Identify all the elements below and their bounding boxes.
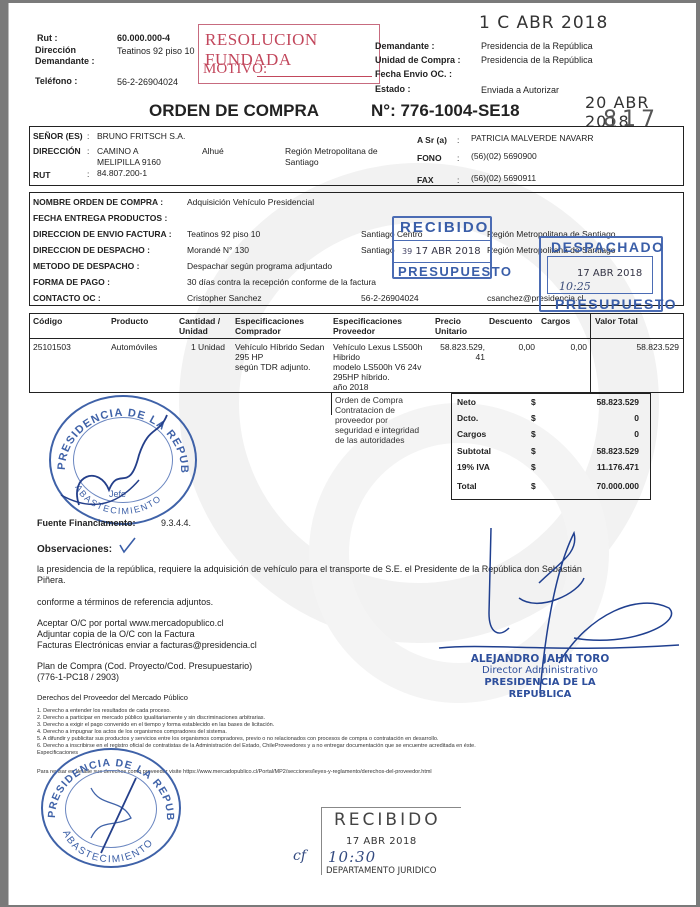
fono-label: FONO (417, 153, 442, 163)
presupuesto-text: PRESUPUESTO (398, 264, 513, 279)
order-field-label: NOMBRE ORDEN DE COMPRA : (33, 197, 163, 207)
rut-supplier-label: RUT (33, 170, 50, 180)
totals-value: 11.176.471 (565, 462, 639, 472)
juridico-date: 17 ABR 2018 (346, 836, 417, 847)
telefono-value: 56-2-26904024 (117, 77, 178, 87)
demandante-value: Presidencia de la República (481, 41, 593, 51)
item-cargos: 0,00 (539, 342, 587, 352)
despachado-text: DESPACHADO (551, 239, 665, 255)
checkmark-icon (117, 535, 137, 555)
svg-text:ABASTECIMIENTO: ABASTECIMIENTO (73, 483, 163, 516)
totals-label: Cargos (457, 429, 486, 439)
totals-value: 70.000.000 (565, 481, 639, 491)
rut-label: Rut : (37, 33, 58, 43)
comuna-value: Alhué (202, 146, 224, 156)
recibido-presupuesto-stamp: RECIBIDO 39 17 ABR 2018 PRESUPUESTO (392, 216, 492, 279)
totals-currency: $ (531, 462, 536, 472)
column-header: Producto (111, 316, 165, 326)
direccion-value: Teatinos 92 piso 10 (117, 46, 195, 56)
recibido-juridico-text: RECIBIDO (334, 810, 441, 830)
direccion-supplier-label: DIRECCIÓN (33, 146, 81, 156)
totals-label: 19% IVA (457, 462, 490, 472)
order-field-value: Teatinos 92 piso 10 (187, 229, 260, 239)
item-producto: Automóviles (111, 342, 157, 352)
fuente-value: 9.3.4.4. (161, 518, 191, 528)
order-field-label: DIRECCION DE DESPACHO : (33, 245, 150, 255)
svg-text:ABASTECIMIENTO: ABASTECIMIENTO (60, 829, 156, 866)
signer-org: PRESIDENCIA DE LA REPUBLICA (465, 677, 615, 701)
totals-value: 0 (565, 429, 639, 439)
totals-label: Total (457, 481, 477, 491)
juridico-initials: cf (293, 848, 306, 864)
date-stamp-top: 1 C ABR 2018 (479, 13, 608, 33)
direccion-supplier-value: CAMINO A MELIPILLA 9160 (97, 146, 177, 168)
recibido-text: RECIBIDO (400, 219, 489, 236)
totals-currency: $ (531, 413, 536, 423)
fono-value: (56)(02) 5690900 (471, 151, 537, 161)
estado-label: Estado : (375, 84, 411, 94)
juridico-dept: DEPARTAMENTO JURIDICO (326, 866, 436, 876)
fuente-label: Fuente Financiamento: (37, 518, 136, 528)
asr-value: PATRICIA MALVERDE NAVARR (471, 133, 594, 143)
totals-currency: $ (531, 481, 536, 491)
direccion-label: Dirección Demandante : (35, 45, 107, 67)
column-header: Especificaciones Comprador (235, 316, 331, 336)
order-number: N°: 776-1004-SE18 (371, 101, 520, 121)
rights-title: Derechos del Proveedor del Mercado Públi… (37, 693, 188, 702)
totals-value: 0 (565, 413, 639, 423)
presupuesto-text: PRESUPUESTO (555, 296, 677, 312)
column-header: Cargos (541, 316, 595, 326)
order-field-label: FORMA DE PAGO : (33, 277, 110, 287)
recibido-juridico-stamp: RECIBIDO 17 ABR 2018 10:30 DEPARTAMENTO … (321, 807, 461, 875)
column-header: Código (33, 316, 87, 326)
recibido-date: 17 ABR 2018 (415, 246, 480, 257)
fax-value: (56)(02) 5690911 (471, 173, 536, 183)
official-seal: PRESIDENCIA DE LA REPUBLICA ABASTECIMIEN… (49, 395, 197, 525)
order-field-value: Adquisición Vehículo Presidencial (187, 197, 314, 207)
totals-label: Dcto. (457, 413, 478, 423)
unidad-compra-value: Presidencia de la República (481, 55, 593, 65)
item-cantidad: 1 Unidad (171, 342, 225, 352)
column-header: Precio Unitario (435, 316, 489, 336)
fecha-envio-label: Fecha Envio OC. : (375, 69, 452, 79)
order-field-label: CONTACTO OC : (33, 293, 101, 303)
item-precio-unitario: 58.823.529,41 (435, 342, 485, 362)
order-field-extra: 56-2-26904024 (361, 293, 419, 303)
svg-text:PRESIDENCIA DE LA REPUBLICA: PRESIDENCIA DE LA REPUBLICA (49, 395, 190, 474)
order-field-label: DIRECCION DE ENVIO FACTURA : (33, 229, 172, 239)
asr-label: A Sr (a) (417, 135, 447, 145)
rut-value: 60.000.000-4 (117, 33, 170, 43)
observaciones-label: Observaciones: (37, 544, 112, 555)
order-field-value: 30 días contra la recepción conforme de … (187, 277, 376, 287)
items-note: Orden de CompraContratacion deproveedor … (335, 395, 419, 445)
totals-value: 58.823.529 (565, 446, 639, 456)
signer-title: Director Administrativo (465, 665, 615, 677)
document-title: ORDEN DE COMPRA (149, 101, 319, 121)
svg-text:PRESIDENCIA DE LA REPUBLICA: PRESIDENCIA DE LA REPUBLICA (41, 748, 176, 822)
juridico-time: 10:30 (328, 848, 376, 866)
region-value: Región Metropolitana de Santiago (285, 146, 405, 168)
totals-currency: $ (531, 397, 536, 407)
totals-label: Subtotal (457, 446, 491, 456)
estado-value: Enviada a Autorizar (481, 85, 559, 95)
order-field-extra: Santiago (361, 245, 395, 255)
order-field-value: Cristopher Sanchez (187, 293, 262, 303)
resolucion-fundada-stamp: RESOLUCION FUNDADA MOTIVO: (198, 24, 380, 84)
senor-label: SEÑOR (ES) (33, 131, 83, 141)
column-header: Cantidad / Unidad (179, 316, 235, 336)
column-header: Valor Total (595, 316, 675, 326)
item-esp-comprador: Vehículo Híbrido Sedan295 HPsegún TDR ad… (235, 342, 324, 372)
signature-block: ALEJANDRO JAHN TORO Director Administrat… (465, 653, 615, 701)
rights-item: 2. Derecho a participar en mercado públi… (37, 715, 476, 722)
rights-item: 5. A difundir y publicitar sus productos… (37, 736, 476, 743)
order-field-label: METODO DE DESPACHO : (33, 261, 139, 271)
totals-label: Neto (457, 397, 476, 407)
rut-supplier-value: 84.807.200-1 (97, 168, 147, 178)
totals-value: 58.823.529 (565, 397, 639, 407)
instructions-text: Aceptar O/C por portal www.mercadopublic… (37, 618, 257, 683)
item-esp-proveedor: Vehículo Lexus LS500hHibridomodelo LS500… (333, 342, 422, 392)
order-field-label: FECHA ENTREGA PRODUCTOS : (33, 213, 167, 223)
signer-name: ALEJANDRO JAHN TORO (465, 653, 615, 665)
seal-text-icon: PRESIDENCIA DE LA REPUBLICA ABASTECIMIEN… (49, 395, 197, 525)
official-seal: PRESIDENCIA DE LA REPUBLICA ABASTECIMIEN… (41, 748, 181, 868)
telefono-label: Teléfono : (35, 76, 77, 86)
rights-item: 3. Derecho a exigir el pago convenido en… (37, 722, 476, 729)
item-descuento: 0,00 (489, 342, 535, 352)
seal-text-icon: PRESIDENCIA DE LA REPUBLICA ABASTECIMIEN… (41, 748, 181, 868)
despachado-time: 10:25 (559, 280, 591, 293)
column-header: Especificaciones Proveedor (333, 316, 429, 336)
rights-item: 1. Derecho a entender los resultados de … (37, 708, 476, 715)
senor-value: BRUNO FRITSCH S.A. (97, 131, 185, 141)
order-field-value: Morandé N° 130 (187, 245, 249, 255)
totals-currency: $ (531, 429, 536, 439)
column-header: Descuento (489, 316, 543, 326)
item-codigo: 25101503 (33, 342, 71, 352)
item-valor-total: 58.823.529 (595, 342, 679, 352)
rights-item: 4. Derecho a impugnar los actos de los o… (37, 729, 476, 736)
document-page: Rut : 60.000.000-4 Dirección Demandante … (8, 3, 696, 905)
fax-label: FAX (417, 175, 434, 185)
unidad-compra-label: Unidad de Compra : (375, 55, 461, 65)
demandante-label: Demandante : (375, 41, 435, 51)
despachado-date: 17 ABR 2018 (577, 268, 642, 279)
order-field-value: Despachar según programa adjuntado (187, 261, 332, 271)
totals-currency: $ (531, 446, 536, 456)
despachado-presupuesto-stamp: DESPACHADO 17 ABR 2018 10:25 PRESUPUESTO (539, 236, 663, 312)
